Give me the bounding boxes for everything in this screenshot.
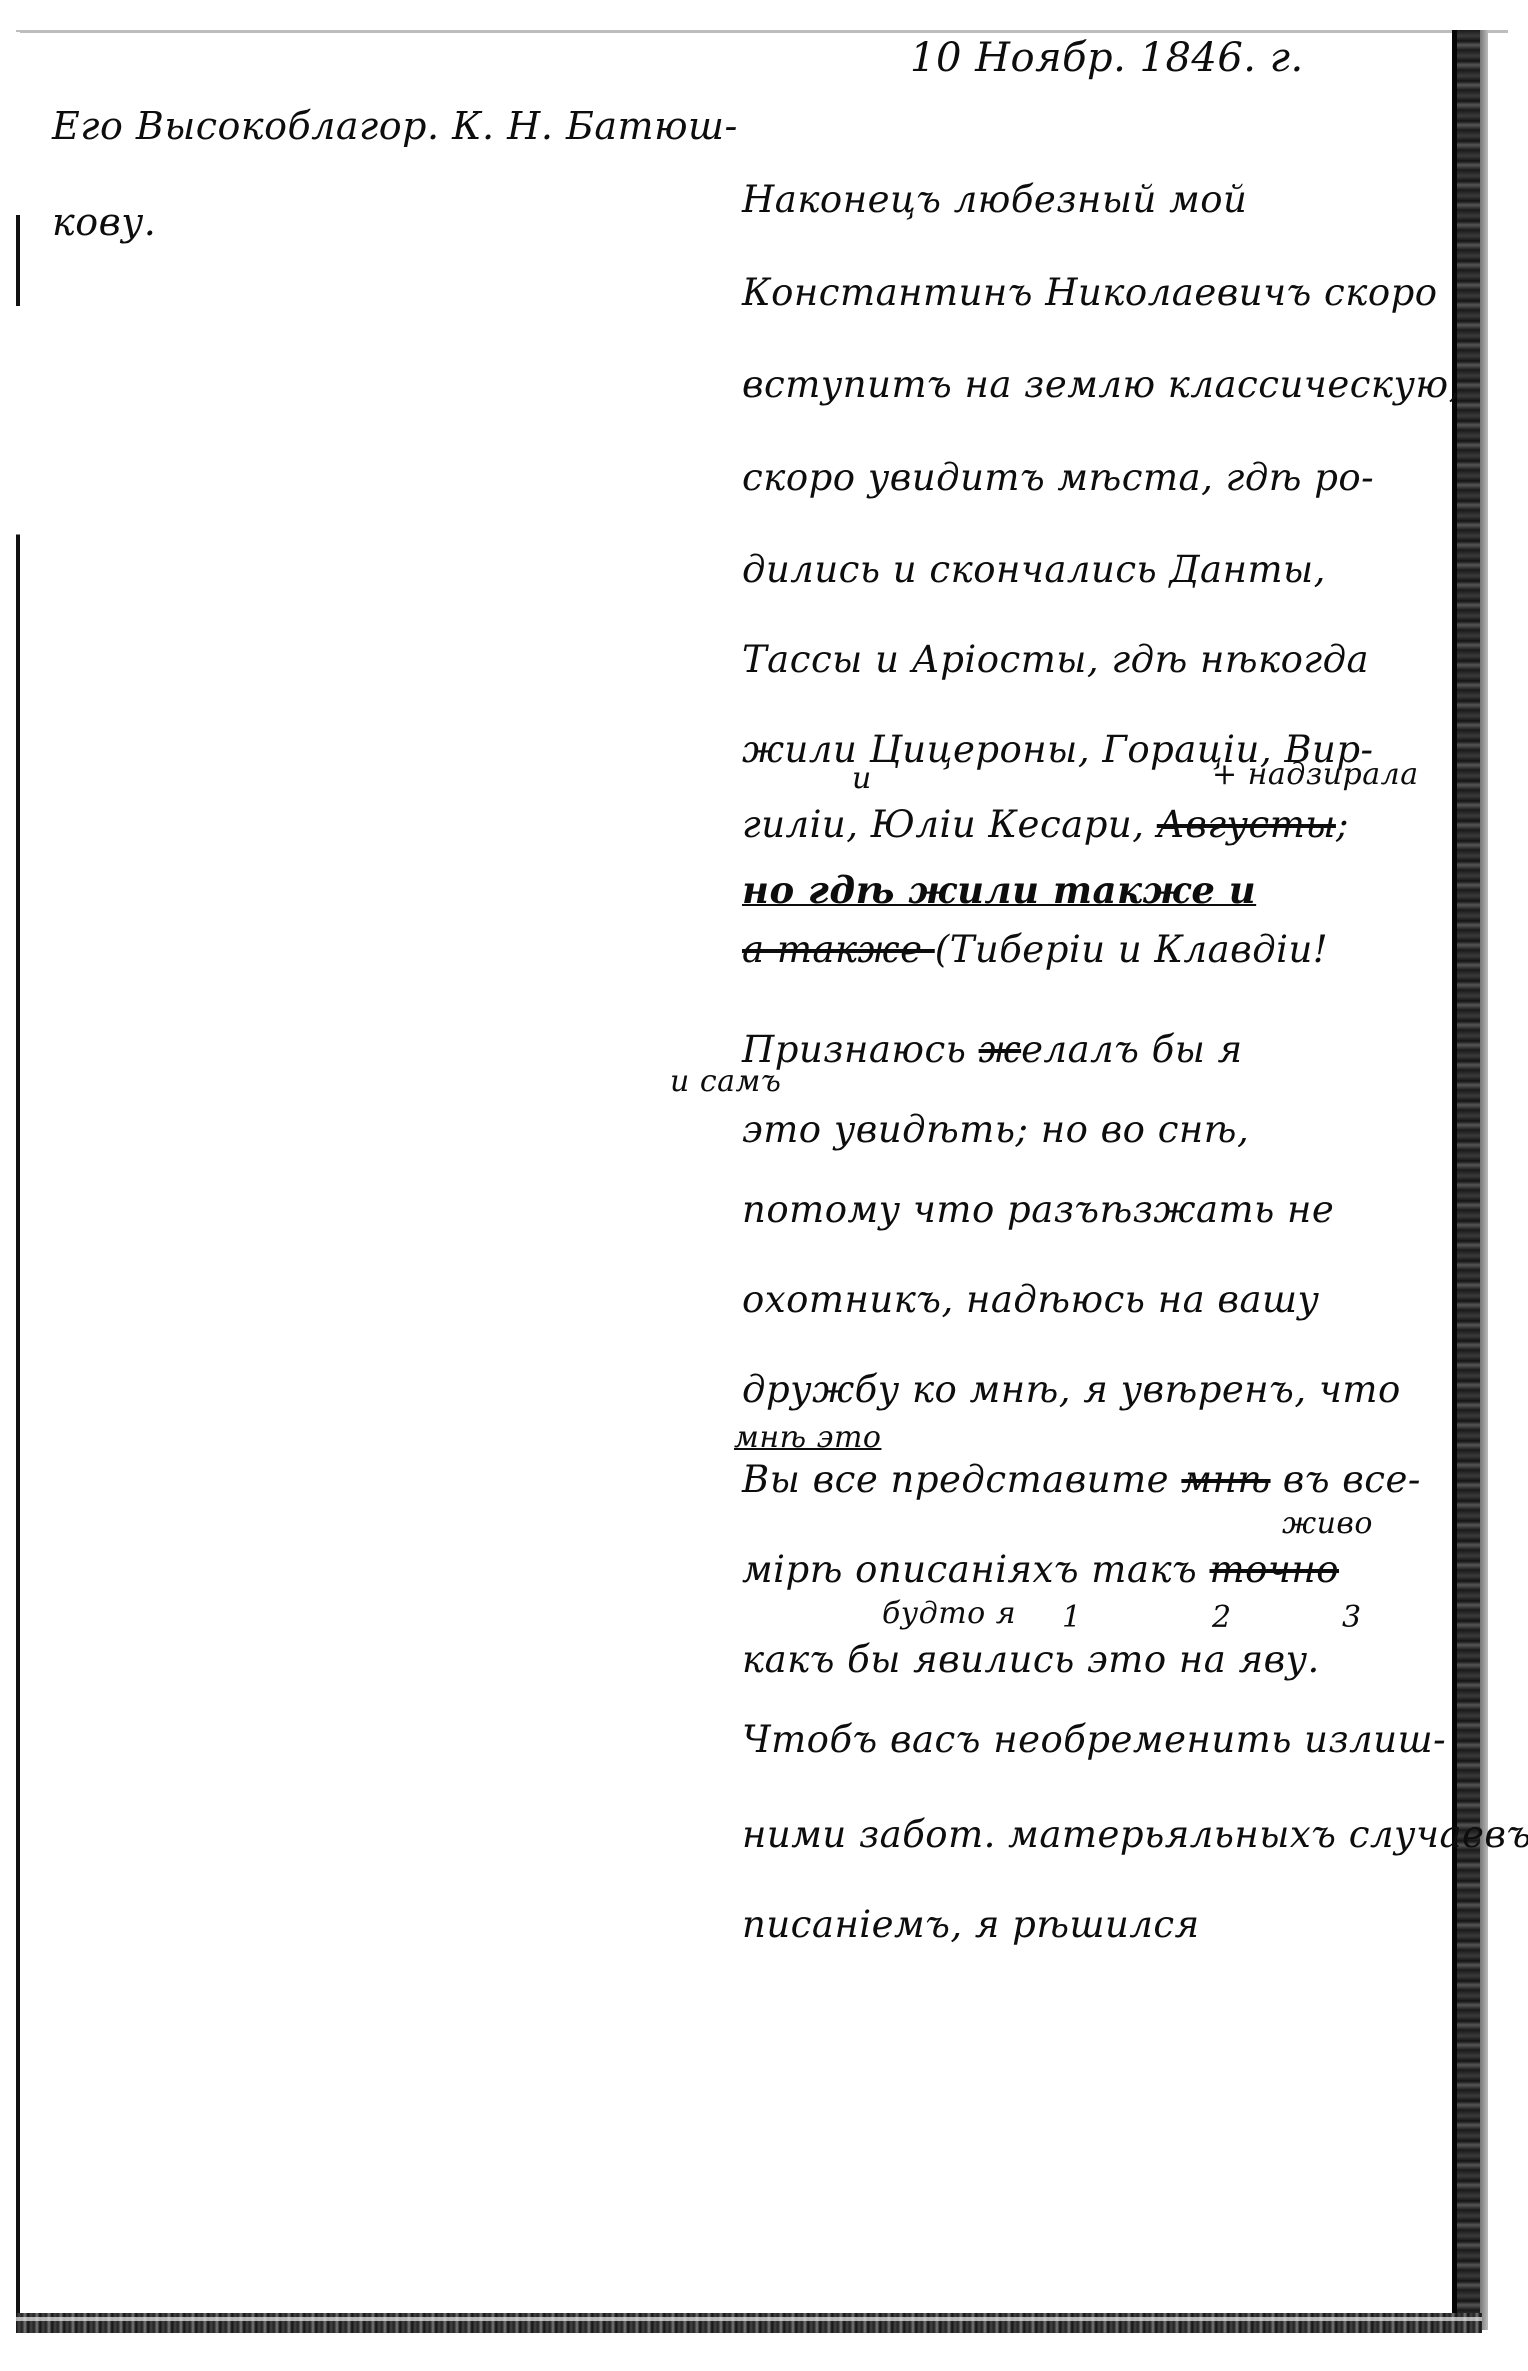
line-text: Тассы и Аріосты, гдѣ нѣкогда [742,638,1369,681]
struck-text: Августы [1157,803,1336,846]
line-text: дились и скончались Данты, [742,548,1326,591]
interlinear-insert: + надзирала [1212,757,1419,792]
body-line: но гдѣ жили также и [742,868,1256,912]
line-text: скоро увидитъ мѣста, гдѣ ро- [742,456,1374,499]
interlinear-insert: мнѣ это [734,1420,881,1455]
address-line-1: Его Высокоблагор. К. Н. Батюш- [52,78,738,174]
line-text: Чтобъ васъ необременить излиш- [742,1718,1446,1761]
recipient-address: Его Высокоблагор. К. Н. Батюш- кову. [52,78,738,270]
body-line: какъ бы явились это на яву.будто я123 [742,1638,1320,1681]
page-left-edge [16,32,20,2317]
line-text: Константинъ Николаевичъ скоро [742,271,1438,314]
reorder-mark: 1 [1062,1600,1082,1635]
body-line: дились и скончались Данты, [742,548,1326,591]
address-line-2: кову. [52,174,738,270]
body-line: потому что разъѣзжать не [742,1188,1334,1231]
page-bottom-edge [16,2313,1482,2333]
body-line: писаніемъ, я рѣшился [742,1903,1200,1946]
body-line: мірѣ описаніяхъ такъ точноживо [742,1548,1339,1591]
struck-text: а также [742,928,935,971]
body-line: Вы все представите мнѣ въ все- [742,1458,1421,1501]
line-text: потому что разъѣзжать не [742,1188,1334,1231]
reorder-mark: 3 [1342,1600,1362,1635]
line-text: писаніемъ, я рѣшился [742,1903,1200,1946]
body-line: дружбу ко мнѣ, я увѣренъ, чтомнѣ это [742,1368,1401,1411]
body-line: Тассы и Аріосты, гдѣ нѣкогда [742,638,1369,681]
body-line: гиліи, Юліи Кесари, Августы;и+ надзирала [742,803,1349,846]
line-text: вступитъ на землю классическую, [742,363,1461,406]
interlinear-insert: живо [1282,1506,1373,1541]
line-text: мірѣ описаніяхъ такъ [742,1548,1209,1591]
body-line: Признаюсь желалъ бы я [742,1028,1243,1071]
line-text: это увидѣть; но во снѣ, [742,1108,1249,1151]
struck-text: точно [1209,1548,1339,1591]
reorder-mark: 2 [1212,1600,1232,1635]
interlinear-insert: будто я [882,1596,1016,1631]
line-text: охотникъ, надѣюсь на вашу [742,1278,1320,1321]
body-line: Чтобъ васъ необременить излиш- [742,1718,1446,1761]
body-line: вступитъ на землю классическую, [742,363,1461,406]
line-text: какъ бы явились это на яву. [742,1638,1320,1681]
line-text: ними забот. матерьяльныхъ случаевъ [742,1813,1528,1856]
line-text: гиліи, Юліи Кесари, [742,803,1157,846]
body-line: охотникъ, надѣюсь на вашу [742,1278,1320,1321]
line-text: ; [1336,803,1349,846]
body-line: Наконецъ любезный мой [742,178,1247,221]
line-text: Вы все представите [742,1458,1181,1501]
struck-text: ж [979,1028,1022,1071]
line-text: елалъ бы я [1021,1028,1242,1071]
margin-insert: и самъ [670,1064,781,1099]
struck-text: мнѣ [1181,1458,1270,1501]
line-text: дружбу ко мнѣ, я увѣренъ, что [742,1368,1401,1411]
line-text: Наконецъ любезный мой [742,178,1247,221]
body-line: скоро увидитъ мѣста, гдѣ ро- [742,456,1374,499]
body-line: Константинъ Николаевичъ скоро [742,271,1438,314]
letter-date: 10 Ноябр. 1846. г. [910,35,1304,81]
body-line: это увидѣть; но во снѣ,и самъ [742,1108,1249,1151]
line-text: (Тиберіи и Клавдіи! [935,928,1328,971]
body-line: а также (Тиберіи и Клавдіи! [742,928,1328,971]
line-text: но гдѣ жили также и [742,868,1256,912]
line-text: въ все- [1271,1458,1421,1501]
interlinear-insert: и [852,761,872,796]
body-line: ними забот. матерьяльныхъ случаевъ [742,1813,1528,1856]
